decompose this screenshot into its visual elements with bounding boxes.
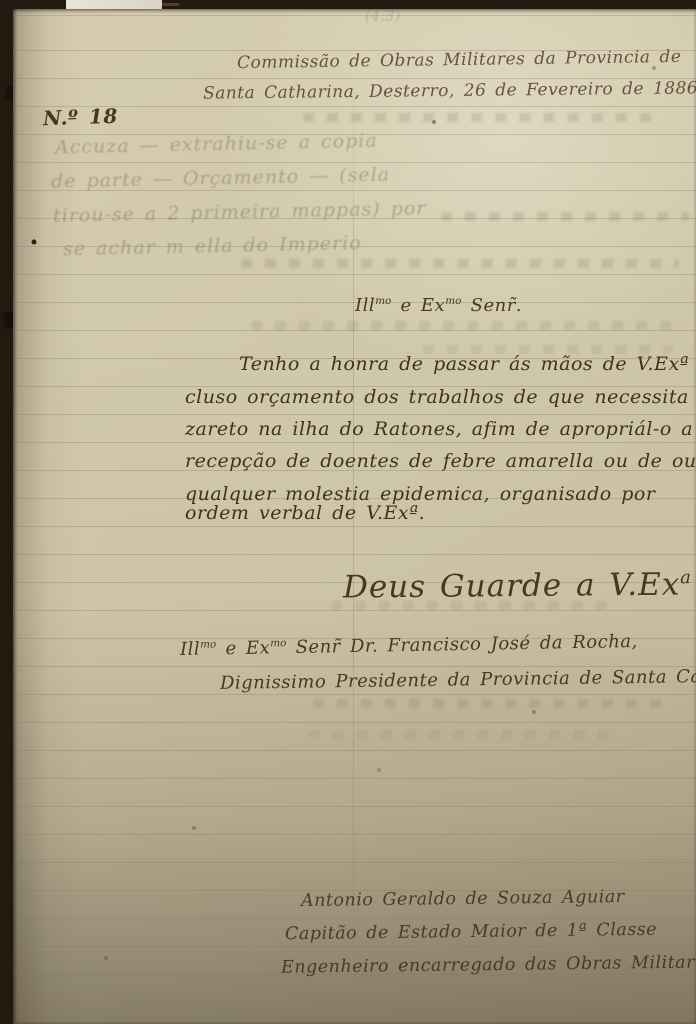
body-line: cluso orçamento dos trabalhos de que nec…	[185, 386, 696, 408]
signature-role: Engenheiro encarregado das Obras Militar…	[281, 952, 696, 977]
underlying-paper-edge	[66, 0, 162, 9]
salutation-text: Senr̃.	[461, 295, 522, 316]
ink-specks	[13, 9, 15, 11]
addressee-text: e Ex	[216, 637, 270, 659]
addressee-superscript: mo	[200, 638, 216, 650]
archival-pencil-mark: (4.3)	[365, 9, 401, 25]
pencil-annotation-line: se achar m ella do Imperio	[63, 232, 362, 260]
scanned-letter-scene: (4.3) Commissão de Obras Militares da Pr…	[0, 0, 696, 1024]
signature-name: Antonio Geraldo de Souza Aguiar	[301, 887, 625, 911]
bleed-through-line	[241, 259, 679, 268]
bleed-through-line	[303, 113, 653, 122]
addressee-text: Senr̃ Dr. Francisco José da Rocha,	[286, 631, 638, 658]
addressee-text: Ill	[180, 639, 200, 660]
bleed-through-line	[251, 321, 679, 330]
salutation-text: e Ex	[391, 295, 445, 316]
addressee-name-line: Illmo e Exmo Senr̃ Dr. Francisco José da…	[180, 631, 638, 660]
signature-rank: Capitão de Estado Maior de 1ª Classe	[285, 920, 657, 945]
salutation: Illmo e Exmo Senr̃.	[355, 295, 522, 316]
valediction-superscript: a	[680, 567, 691, 588]
bleed-through-line	[309, 730, 609, 739]
body-line: Tenho a honra de passar ás mãos de V.Exª…	[239, 353, 696, 375]
salutation-text: Ill	[355, 295, 375, 316]
body-line: ordem verbal de V.Exª.	[185, 502, 425, 524]
bleed-through-line	[313, 699, 669, 708]
document-page: (4.3) Commissão de Obras Militares da Pr…	[13, 9, 696, 1024]
salutation-superscript: mo	[375, 295, 391, 307]
addressee-superscript: mo	[270, 637, 286, 649]
body-line: recepção de doentes de febre amarella ou…	[185, 450, 696, 472]
body-line: zareto na ilha do Ratones, afim de aprop…	[185, 418, 693, 440]
document-number: N.º 18	[43, 104, 119, 131]
valediction: Deus Guarde a V.Exa	[343, 566, 691, 605]
pencil-annotation-line: tirou-se a 2 primeira mappas) por	[53, 197, 427, 227]
letterhead-line-1: Commissão de Obras Militares da Provinci…	[237, 47, 682, 73]
addressee-title-line: Dignissimo Presidente da Provincia de Sa…	[220, 665, 696, 694]
pencil-annotation-line: de parte — Orçamento — (sela	[51, 163, 390, 192]
salutation-superscript: mo	[445, 295, 461, 307]
pencil-annotation-line: Accuza — extrahiu-se a copia	[55, 130, 378, 159]
bleed-through-line	[441, 212, 689, 221]
valediction-text: Deus Guarde a V.Ex	[343, 567, 681, 606]
letterhead-date-line: Santa Catharina, Desterro, 26 de Feverei…	[203, 78, 696, 103]
